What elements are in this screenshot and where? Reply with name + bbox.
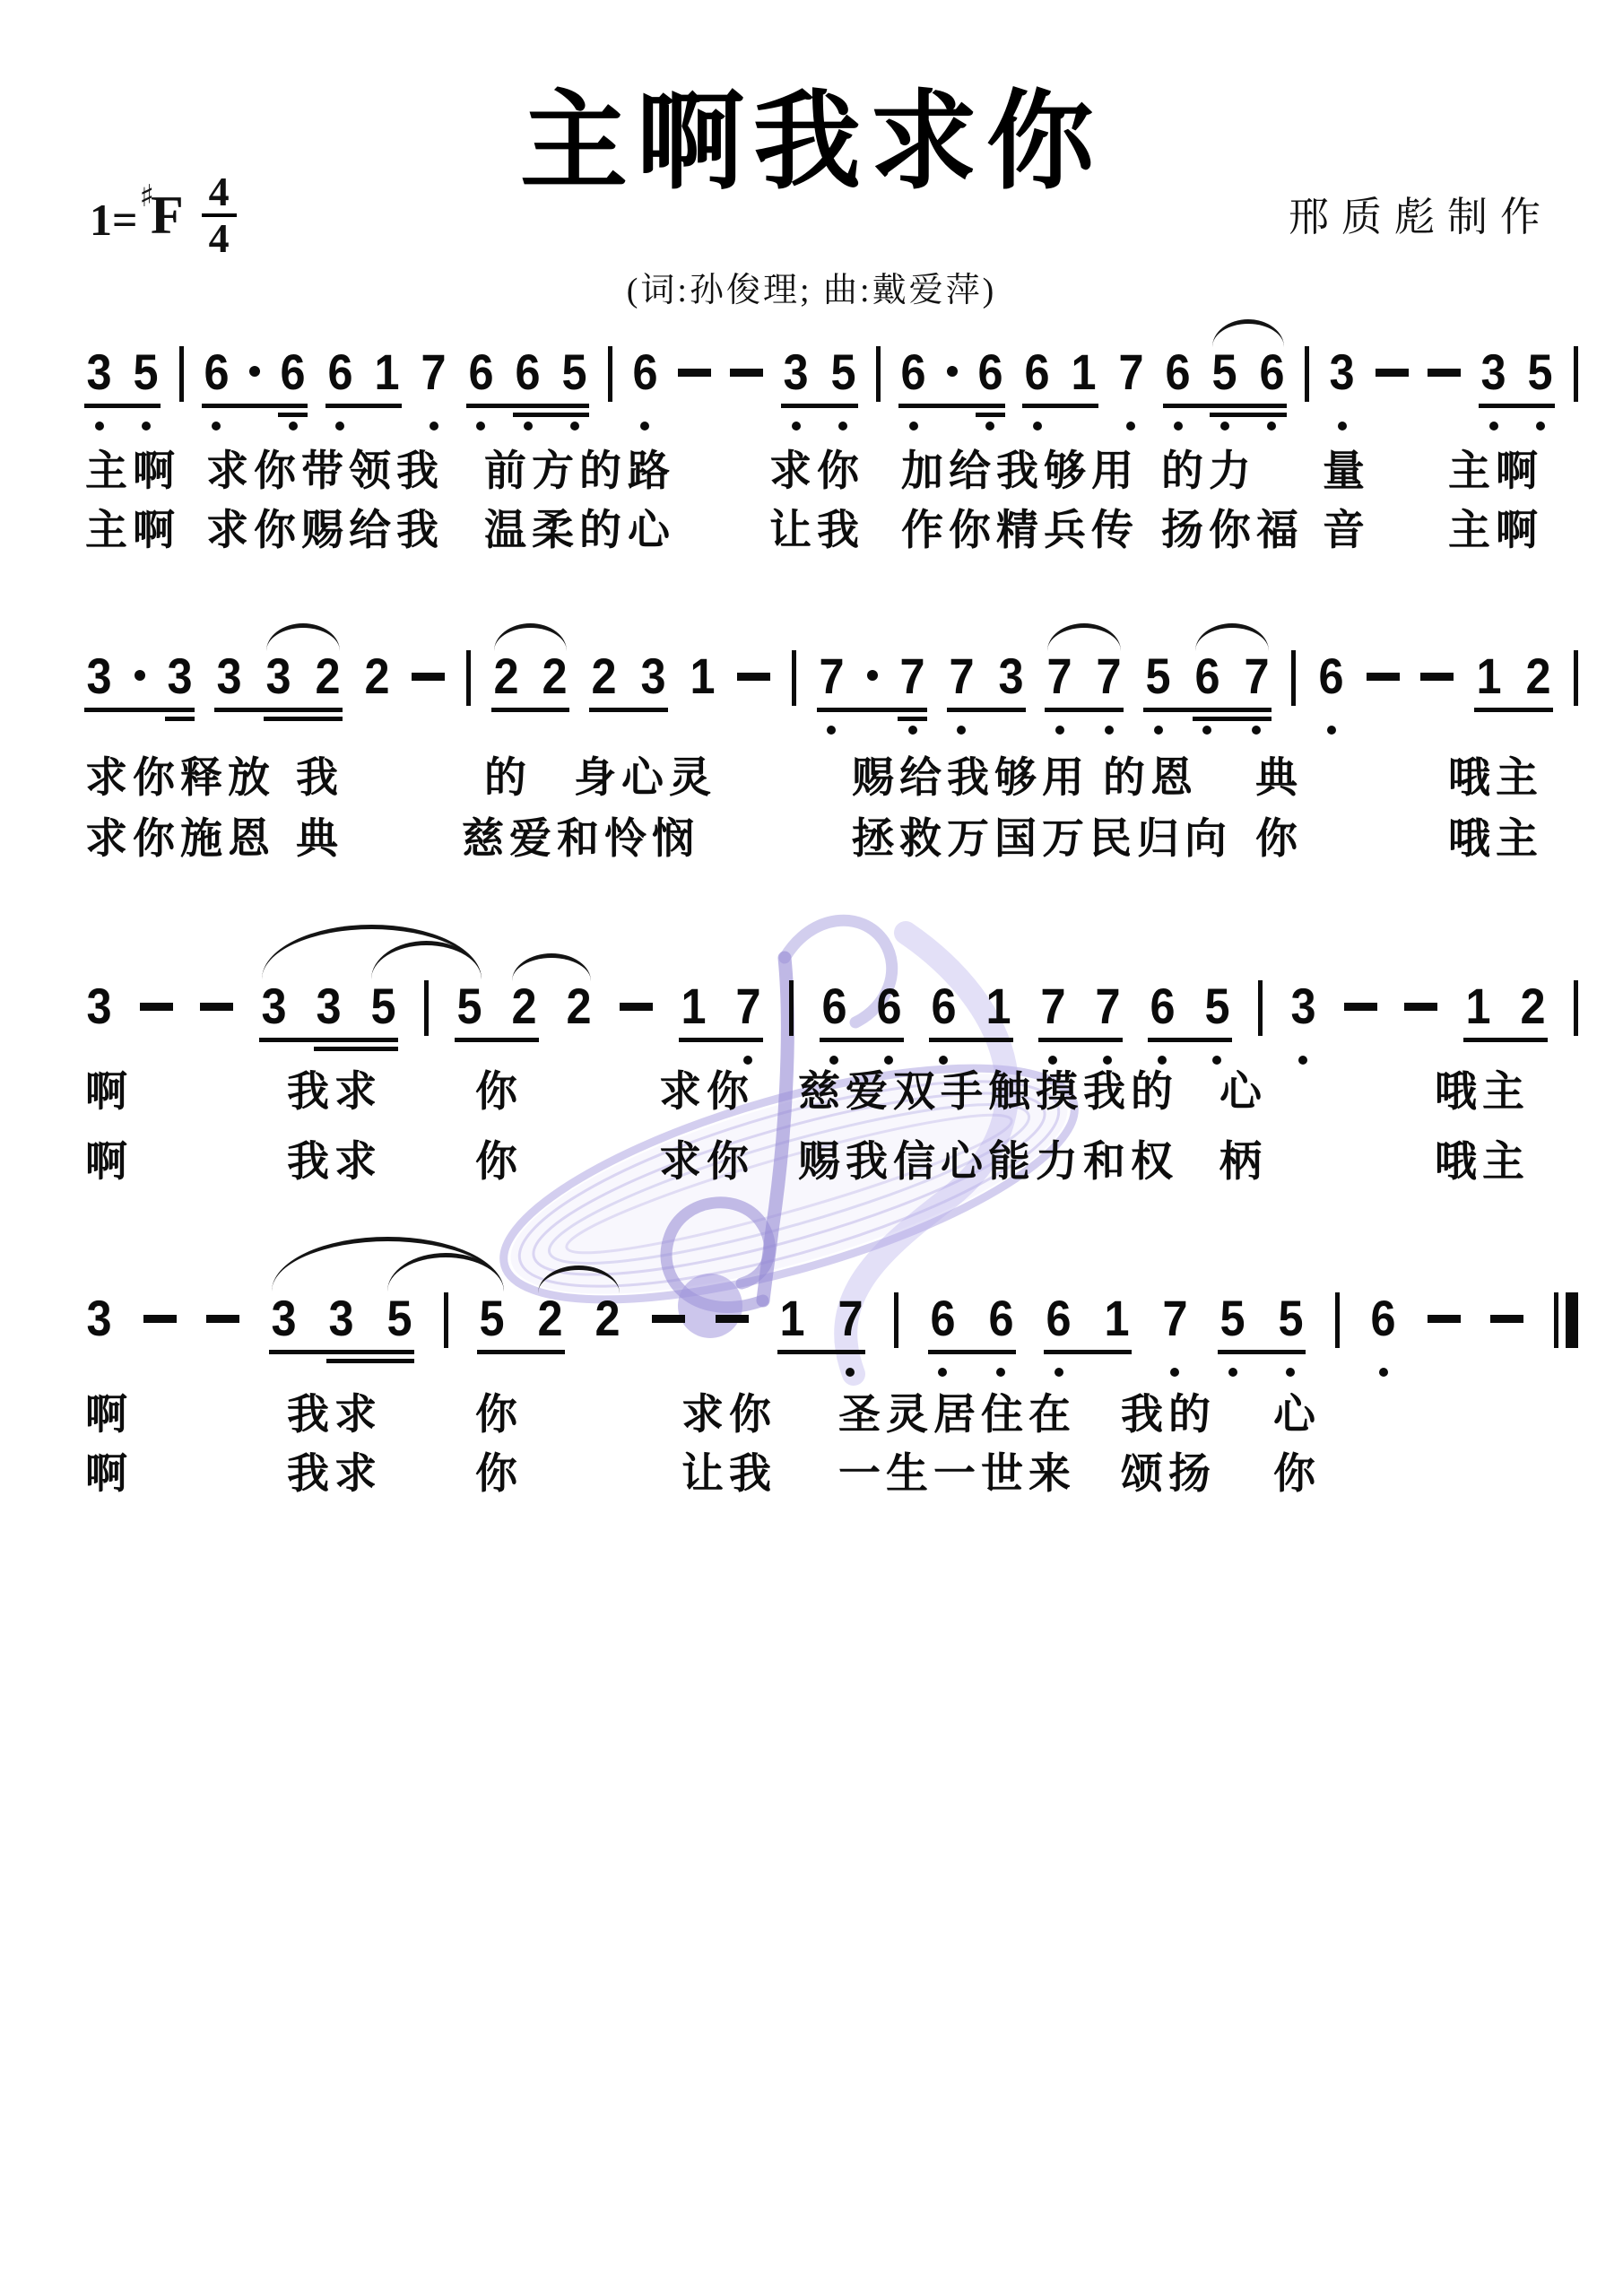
key-prefix: 1=: [90, 197, 138, 242]
beam-underline: [1163, 404, 1287, 408]
note-digit: 6: [976, 348, 1004, 396]
beam-underline: [679, 1038, 763, 1042]
lyric-segment: 哦主: [1448, 805, 1543, 865]
duration-dash: [1420, 652, 1454, 681]
beam-underline: [269, 1350, 414, 1354]
lyric-segment: 啊: [85, 1058, 133, 1118]
note-digit: 6: [1023, 348, 1051, 396]
notation-row: 33332222231777377567612: [85, 652, 1578, 738]
lyric-segment: 求你释放: [85, 744, 275, 804]
note-digit: 2: [314, 652, 342, 700]
note-digit: 3: [166, 652, 194, 700]
barline: [792, 650, 796, 706]
beam-underline: [817, 708, 927, 712]
note-digit: 3: [1289, 982, 1317, 1031]
lyric-segment: 柄: [1219, 1128, 1267, 1188]
note-digit: 3: [265, 652, 292, 700]
duration-dash: [1428, 348, 1461, 377]
beam-underline: [589, 708, 668, 712]
note-digit: 2: [565, 982, 593, 1031]
octave-dot: [430, 422, 438, 430]
beam-underline: [777, 1350, 865, 1354]
octave-dot: [1105, 726, 1114, 735]
duration-dash: [1428, 1294, 1461, 1323]
beam-underline: [264, 717, 343, 721]
note-digit: 5: [1144, 652, 1172, 700]
note-digit: 6: [631, 348, 659, 396]
note-digit: 3: [1328, 348, 1356, 396]
note-digit: 6: [875, 982, 903, 1031]
duration-dash: [1490, 1294, 1523, 1323]
note-digit: 7: [1039, 982, 1067, 1031]
note-digit: 3: [85, 1294, 113, 1343]
note-digit: 7: [420, 348, 447, 396]
octave-dot: [908, 726, 917, 735]
beam-underline: [278, 413, 308, 417]
rhythm-dot: [947, 348, 958, 377]
lyric-segment: 圣灵居住在: [838, 1381, 1076, 1441]
time-signature-bottom: 4: [202, 213, 237, 260]
note-digit: 3: [997, 652, 1025, 700]
octave-dot: [640, 422, 649, 430]
octave-dot: [1170, 1368, 1179, 1377]
beam-underline: [326, 1359, 414, 1363]
lyrics-row: 啊我求你求你赐我信心能力和权柄哦主: [85, 1128, 1578, 1180]
note-digit: 5: [478, 1294, 506, 1343]
duration-dash: [140, 982, 173, 1011]
note-digit: 6: [467, 348, 495, 396]
octave-dot: [1228, 1368, 1237, 1377]
lyric-segment: 扬你福: [1161, 497, 1304, 557]
beam-underline: [1148, 1038, 1232, 1042]
music-system-4: 33355221766617556 啊我求你求你圣灵居住在我的心 啊我求你让我一…: [85, 1294, 1578, 1380]
note-digit: 7: [1243, 652, 1271, 700]
note-digit: 6: [1317, 652, 1345, 700]
note-digit: 3: [315, 982, 343, 1031]
notation-row: 33355221766617556: [85, 1294, 1578, 1380]
beam-underline: [781, 404, 858, 408]
octave-dot: [792, 422, 801, 430]
note-digit: 5: [1526, 348, 1554, 396]
note-digit: 6: [1164, 348, 1192, 396]
duration-dash: [620, 982, 653, 1011]
beam-underline: [455, 1038, 539, 1042]
note-digit: 6: [1045, 1294, 1072, 1343]
lyrics-row: 主啊求你带领我前方的路求你加给我够用的力量主啊: [85, 438, 1578, 490]
duration-dash: [716, 1294, 749, 1323]
slur-arc: [266, 623, 340, 651]
note-digit: 6: [930, 982, 958, 1031]
beam-underline: [928, 1350, 1016, 1354]
lyric-segment: 心: [628, 497, 675, 557]
octave-dot: [95, 422, 104, 430]
note-digit: 6: [1369, 1294, 1397, 1343]
lyric-segment: 主啊: [1448, 497, 1543, 557]
duration-dash: [143, 1294, 177, 1323]
beam-underline: [947, 708, 1026, 712]
beam-underline: [214, 708, 343, 712]
note-digit: 7: [1161, 1294, 1189, 1343]
note-digit: 5: [829, 348, 857, 396]
note-digit: 1: [689, 652, 716, 700]
lyric-segment: 前方的: [484, 438, 627, 498]
beam-underline: [1044, 1350, 1132, 1354]
note-digit: 1: [1464, 982, 1492, 1031]
note-digit: 1: [1103, 1294, 1131, 1343]
slur-arc: [1212, 319, 1284, 347]
beam-underline: [1479, 404, 1555, 408]
note-digit: 2: [363, 652, 391, 700]
duration-dash: [737, 652, 770, 681]
barline: [1574, 980, 1578, 1036]
lyric-segment: 慈爱双手触摸我的: [798, 1058, 1178, 1118]
octave-dot: [1489, 422, 1498, 430]
key-signature: 1=♯F 4 4: [90, 170, 237, 260]
note-digit: 6: [929, 1294, 957, 1343]
lyric-segment: 我: [296, 744, 343, 804]
note-digit: 6: [1193, 652, 1221, 700]
note-digit: 6: [203, 348, 230, 396]
key-text: 1=♯F: [90, 188, 184, 242]
lyrics-row: 求你释放我的身心灵赐给我够用的恩典哦主: [85, 744, 1578, 796]
beam-underline: [202, 404, 308, 408]
beam-underline: [976, 413, 1005, 417]
lyric-segment: 啊: [85, 1128, 133, 1188]
note-digit: 5: [386, 1294, 413, 1343]
octave-dot: [909, 422, 918, 430]
octave-dot: [142, 422, 151, 430]
octave-dot: [1286, 1368, 1295, 1377]
note-digit: 7: [898, 652, 926, 700]
barline: [444, 1292, 448, 1348]
barline: [466, 650, 471, 706]
octave-dot: [335, 422, 344, 430]
lyric-segment: 拯救万国万民归向: [852, 805, 1232, 865]
rhythm-dot: [135, 652, 145, 681]
sharp-icon: ♯: [140, 181, 154, 212]
beam-underline: [84, 708, 195, 712]
note-digit: 1: [680, 982, 707, 1031]
note-digit: 3: [782, 348, 810, 396]
notation-row: 33355221766617765312: [85, 982, 1578, 1068]
note-digit: 2: [594, 1294, 621, 1343]
lyrics-row: 啊我求你求你慈爱双手触摸我的心哦主: [85, 1058, 1578, 1110]
octave-dot: [1327, 726, 1336, 735]
note-digit: 3: [639, 652, 667, 700]
rhythm-dot: [867, 652, 878, 681]
lyric-segment: 的恩: [1103, 744, 1198, 804]
slur-arc: [494, 623, 567, 651]
beam-underline: [1193, 717, 1271, 721]
lyric-segment: 你: [475, 1128, 523, 1188]
note-digit: 6: [1258, 348, 1286, 396]
slur-arc: [1195, 623, 1269, 651]
note-digit: 6: [279, 348, 307, 396]
beam-underline: [314, 1047, 398, 1051]
barline: [1335, 1292, 1340, 1348]
duration-dash: [652, 1294, 685, 1323]
note-digit: 6: [326, 348, 354, 396]
rhythm-dot: [249, 348, 260, 377]
note-digit: 6: [899, 348, 927, 396]
octave-dot: [1126, 422, 1135, 430]
duration-dash: [678, 348, 711, 377]
lyric-segment: 一生一世来: [838, 1440, 1076, 1500]
beam-underline: [898, 717, 927, 721]
note-digit: 3: [85, 348, 113, 396]
lyric-segment: 主啊: [85, 497, 180, 557]
beam-underline: [466, 404, 589, 408]
beam-underline: [477, 1350, 565, 1354]
duration-dash: [412, 652, 445, 681]
barline: [1574, 346, 1578, 402]
lyric-segment: 求你带领我: [206, 438, 444, 498]
barline: [1291, 650, 1296, 706]
note-digit: 3: [270, 1294, 298, 1343]
lyric-segment: 慈爱和怜悯: [462, 805, 699, 865]
note-digit: 2: [590, 652, 618, 700]
lyric-segment: 赐我信心能力和权: [798, 1128, 1178, 1188]
beam-underline: [898, 404, 1005, 408]
lyric-segment: 温柔的: [484, 497, 627, 557]
lyric-segment: 典: [296, 805, 343, 865]
octave-dot: [1174, 422, 1183, 430]
note-digit: 6: [514, 348, 542, 396]
note-digit: 7: [734, 982, 762, 1031]
lyric-segment: 典: [1255, 744, 1303, 804]
lyric-segment: 哦主: [1435, 1128, 1530, 1188]
note-digit: 6: [987, 1294, 1015, 1343]
note-digit: 1: [985, 982, 1012, 1031]
octave-dot: [985, 422, 994, 430]
beam-underline: [325, 404, 402, 408]
barline: [876, 346, 881, 402]
note-digit: 3: [1480, 348, 1507, 396]
lyrics-row: 求你施恩典慈爱和怜悯拯救万国万民归向你哦主: [85, 805, 1578, 857]
final-barline: [1554, 1292, 1578, 1348]
note-digit: 7: [1094, 982, 1122, 1031]
lyric-segment: 你: [475, 1058, 523, 1118]
octave-dot: [1220, 422, 1229, 430]
slur-arc: [1047, 623, 1121, 651]
lyric-segment: 量: [1323, 438, 1370, 498]
note-digit: 6: [1149, 982, 1176, 1031]
lyric-segment: 心: [1219, 1058, 1267, 1118]
lyric-segment: 颂扬: [1121, 1440, 1216, 1500]
octave-dot: [289, 422, 298, 430]
note-digit: 7: [948, 652, 976, 700]
lyric-segment: 路: [628, 438, 675, 498]
octave-dot: [1338, 422, 1347, 430]
music-system-1: 356661766563566617656335 主啊求你带领我前方的路求你加给…: [85, 348, 1578, 434]
duration-dash: [1404, 982, 1437, 1011]
lyric-segment: 我求: [287, 1128, 382, 1188]
note-digit: 1: [1070, 348, 1098, 396]
note-digit: 2: [541, 652, 568, 700]
notation-row: 356661766563566617656335: [85, 348, 1578, 434]
lyric-segment: 你: [1273, 1440, 1321, 1500]
barline: [608, 346, 612, 402]
barline: [894, 1292, 898, 1348]
duration-dash: [200, 982, 233, 1011]
note-digit: 1: [1475, 652, 1503, 700]
note-digit: 3: [85, 982, 113, 1031]
octave-dot: [1267, 422, 1276, 430]
beam-underline: [1463, 1038, 1548, 1042]
note-digit: 3: [327, 1294, 355, 1343]
duration-dash: [206, 1294, 239, 1323]
octave-dot: [1252, 726, 1261, 735]
beam-underline: [165, 717, 195, 721]
note-digit: 5: [132, 348, 160, 396]
note-digit: 7: [837, 1294, 864, 1343]
beam-underline: [1022, 404, 1098, 408]
note-digit: 3: [260, 982, 288, 1031]
octave-dot: [1154, 726, 1163, 735]
octave-dot: [524, 422, 533, 430]
lyric-segment: 作你精兵传: [901, 497, 1139, 557]
octave-dot: [1379, 1368, 1388, 1377]
octave-dot: [1536, 422, 1545, 430]
lyricist-composer: (词:孙俊理; 曲:戴爱萍): [0, 262, 1623, 311]
lyric-segment: 求你: [659, 1058, 754, 1118]
note-digit: 5: [456, 982, 483, 1031]
note-digit: 5: [1203, 982, 1231, 1031]
note-digit: 1: [778, 1294, 806, 1343]
note-digit: 5: [560, 348, 588, 396]
lyric-segment: 音: [1323, 497, 1370, 557]
lyric-segment: 求你施恩: [85, 805, 275, 865]
octave-dot: [938, 1368, 947, 1377]
music-system-2: 33332222231777377567612 求你释放我的身心灵赐给我够用的恩…: [85, 652, 1578, 738]
lyrics-row: 啊我求你求你圣灵居住在我的心: [85, 1381, 1578, 1433]
note-digit: 2: [492, 652, 520, 700]
beam-underline: [513, 413, 589, 417]
lyric-segment: 的: [484, 744, 532, 804]
beam-underline: [1474, 708, 1553, 712]
arranger-credit: 邢质彪制作: [1289, 184, 1553, 242]
lyrics-row: 啊我求你让我一生一世来颂扬你: [85, 1440, 1578, 1492]
duration-dash: [1344, 982, 1377, 1011]
lyrics-row: 主啊求你赐给我温柔的心让我作你精兵传扬你福音主啊: [85, 497, 1578, 549]
note-digit: 3: [85, 652, 113, 700]
octave-dot: [476, 422, 485, 430]
octave-dot: [1033, 422, 1042, 430]
beam-underline: [820, 1038, 904, 1042]
note-digit: 7: [818, 652, 846, 700]
lyric-segment: 求你: [681, 1381, 777, 1441]
lyric-segment: 心: [1273, 1381, 1321, 1441]
beam-underline: [1210, 413, 1287, 417]
octave-dot: [1202, 726, 1211, 735]
barline: [424, 980, 429, 1036]
lyric-segment: 我的: [1121, 1381, 1216, 1441]
octave-dot: [212, 422, 221, 430]
beam-underline: [1218, 1350, 1306, 1354]
time-signature: 4 4: [202, 170, 237, 260]
note-digit: 5: [1219, 1294, 1246, 1343]
duration-dash: [1376, 348, 1409, 377]
key-letter: F: [151, 188, 184, 242]
note-digit: 7: [1117, 348, 1145, 396]
note-digit: 5: [369, 982, 397, 1031]
note-digit: 7: [1046, 652, 1073, 700]
octave-dot: [1055, 726, 1064, 735]
duration-dash: [730, 348, 763, 377]
octave-dot: [957, 726, 966, 735]
lyric-segment: 主啊: [1448, 438, 1543, 498]
lyric-segment: 让我: [769, 497, 864, 557]
note-digit: 3: [215, 652, 243, 700]
lyric-segment: 你: [475, 1381, 523, 1441]
octave-dot: [996, 1368, 1005, 1377]
beam-underline: [1045, 708, 1124, 712]
lyric-segment: 身心灵: [574, 744, 716, 804]
time-signature-top: 4: [202, 170, 237, 213]
octave-dot: [838, 422, 847, 430]
lyric-segment: 主啊: [85, 438, 180, 498]
lyric-segment: 求你: [769, 438, 864, 498]
lyric-segment: 的力: [1161, 438, 1256, 498]
note-digit: 7: [1095, 652, 1123, 700]
barline: [179, 346, 184, 402]
lyric-segment: 让我: [681, 1440, 777, 1500]
barline: [1305, 346, 1309, 402]
lyric-segment: 哦主: [1448, 744, 1543, 804]
octave-dot: [1055, 1368, 1063, 1377]
lyric-segment: 哦主: [1435, 1058, 1530, 1118]
lyric-segment: 你: [1255, 805, 1303, 865]
lyric-segment: 我求: [287, 1381, 382, 1441]
beam-underline: [929, 1038, 1013, 1042]
beam-underline: [1038, 1038, 1123, 1042]
note-digit: 1: [373, 348, 401, 396]
lyric-segment: 我求: [287, 1058, 382, 1118]
beam-underline: [84, 404, 161, 408]
octave-dot: [846, 1368, 855, 1377]
note-digit: 2: [536, 1294, 564, 1343]
lyric-segment: 求你: [659, 1128, 754, 1188]
beam-underline: [1143, 708, 1271, 712]
note-digit: 6: [820, 982, 848, 1031]
duration-dash: [1367, 652, 1400, 681]
sheet-music-page: 主啊我求你 1=♯F 4 4 邢质彪制作 (词:孙俊理; 曲:戴爱萍) 3566…: [0, 0, 1623, 2296]
note-digit: 2: [510, 982, 538, 1031]
lyric-segment: 求你赐给我: [206, 497, 444, 557]
lyric-segment: 你: [475, 1440, 523, 1500]
barline: [1574, 650, 1578, 706]
beam-underline: [259, 1038, 398, 1042]
note-digit: 5: [1211, 348, 1238, 396]
lyric-segment: 啊: [85, 1440, 133, 1500]
barline: [789, 980, 794, 1036]
note-digit: 2: [1524, 652, 1552, 700]
octave-dot: [570, 422, 579, 430]
octave-dot: [827, 726, 836, 735]
beam-underline: [491, 708, 569, 712]
note-digit: 2: [1519, 982, 1547, 1031]
lyric-segment: 加给我够用: [901, 438, 1139, 498]
lyric-segment: 啊: [85, 1381, 133, 1441]
lyric-segment: 赐给我够用: [852, 744, 1089, 804]
barline: [1258, 980, 1263, 1036]
note-digit: 5: [1277, 1294, 1305, 1343]
lyric-segment: 我求: [287, 1440, 382, 1500]
music-system-3: 33355221766617765312 啊我求你求你慈爱双手触摸我的心哦主 啊…: [85, 982, 1578, 1068]
